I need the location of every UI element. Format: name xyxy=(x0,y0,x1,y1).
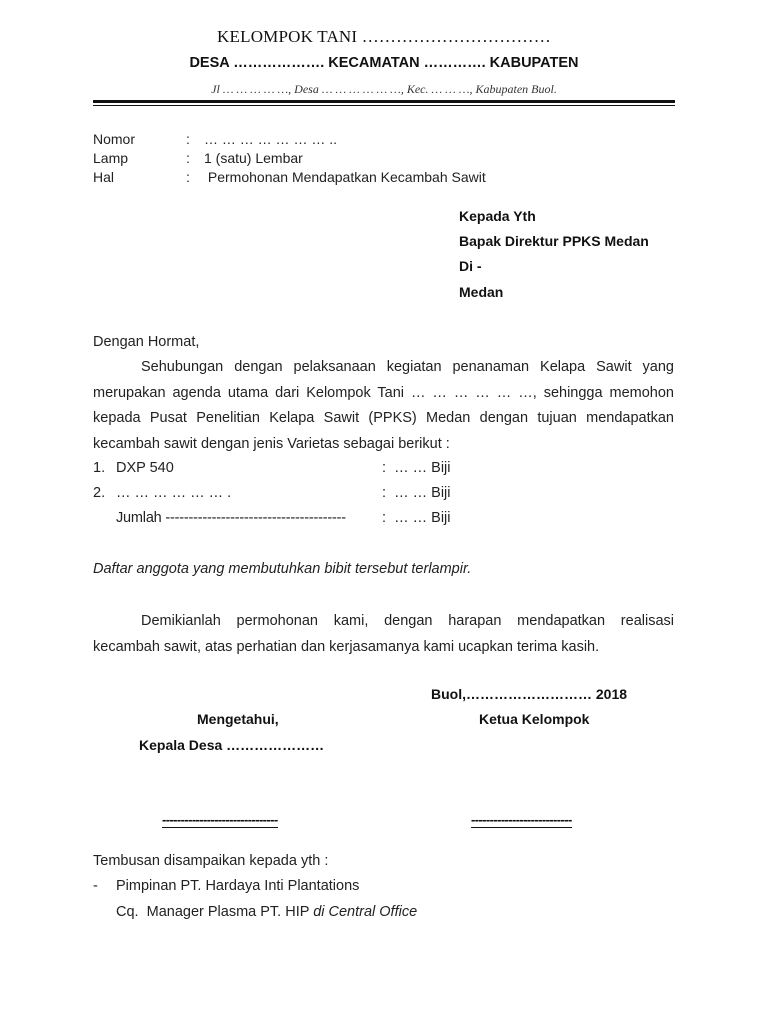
cc-line-2-italic: di Central Office xyxy=(313,904,417,920)
recipient-line-1: Kepada Yth xyxy=(459,208,536,224)
signature-line-right: --------------------------- xyxy=(471,813,572,828)
item-name: Jumlah ---------------------------------… xyxy=(116,510,346,526)
paragraph-line: Sehubungan dengan pelaksanaan kegiatan p… xyxy=(93,355,674,381)
item-colon: : xyxy=(382,460,386,476)
meta-value: Permohonan Mendapatkan Kecambah Sawit xyxy=(204,169,486,185)
letterhead-title: KELOMPOK TANI …………………………… xyxy=(0,27,768,47)
meta-colon: : xyxy=(186,150,204,166)
item-qty-2: : … … Biji xyxy=(382,485,451,501)
attachment-note: Daftar anggota yang membutuhkan bibit te… xyxy=(93,561,471,577)
meta-value: … … … … … … … .. xyxy=(204,131,337,147)
letterhead-subtitle: DESA ………………. KECAMATAN …………. KABUPATEN xyxy=(0,55,768,71)
paragraph-line: merupakan agenda utama dari Kelompok Tan… xyxy=(93,381,674,407)
cc-line-2-prefix: Cq. Manager Plasma PT. HIP xyxy=(116,904,313,920)
item-number: 1. xyxy=(93,460,116,476)
meta-label: Hal xyxy=(93,169,186,185)
item-name: … … … … … … . xyxy=(116,485,231,501)
recipient-line-2: Bapak Direktur PPKS Medan xyxy=(459,233,649,249)
letterhead-divider-thin xyxy=(93,105,675,106)
cc-line-2: Cq. Manager Plasma PT. HIP di Central Of… xyxy=(116,904,417,920)
cc-line-1: Pimpinan PT. Hardaya Inti Plantations xyxy=(116,878,359,894)
meta-colon: : xyxy=(186,169,204,185)
letterhead-divider-thick xyxy=(93,100,675,103)
meta-value: 1 (satu) Lembar xyxy=(204,150,303,166)
item-total-row: Jumlah ---------------------------------… xyxy=(116,510,346,526)
item-name: DXP 540 xyxy=(116,460,174,476)
paragraph-line: kecambah sawit dengan jenis Varietas seb… xyxy=(93,432,674,458)
item-colon: : xyxy=(382,485,386,501)
item-qty-total: : … … Biji xyxy=(382,510,451,526)
signature-line-left: ------------------------------- xyxy=(162,813,278,828)
signature-left-title: Mengetahui, xyxy=(197,711,279,727)
recipient-line-3: Di - xyxy=(459,258,482,274)
meta-hal: Hal: Permohonan Mendapatkan Kecambah Saw… xyxy=(93,169,486,185)
item-qty: … … Biji xyxy=(394,485,450,501)
item-number: 2. xyxy=(93,485,116,501)
item-qty: … … Biji xyxy=(394,510,450,526)
meta-label: Nomor xyxy=(93,131,186,147)
cc-bullet: - xyxy=(93,878,98,894)
recipient-line-4: Medan xyxy=(459,284,503,300)
item-colon: : xyxy=(382,510,386,526)
meta-nomor: Nomor:… … … … … … … .. xyxy=(93,131,337,147)
paragraph-line: kepada Pusat Penelitian Kelapa Sawit (PP… xyxy=(93,406,674,432)
meta-lamp: Lamp:1 (satu) Lembar xyxy=(93,150,303,166)
place-date: Buol,……………………… 2018 xyxy=(431,686,627,702)
signature-right-role: Ketua Kelompok xyxy=(479,711,589,727)
meta-label: Lamp xyxy=(93,150,186,166)
item-qty-1: : … … Biji xyxy=(382,460,451,476)
paragraph-line: kecambah sawit, atas perhatian dan kerja… xyxy=(93,635,674,661)
salutation: Dengan Hormat, xyxy=(93,334,199,350)
paragraph-2: Demikianlah permohonan kami, dengan hara… xyxy=(93,609,674,660)
meta-colon: : xyxy=(186,131,204,147)
item-row-1: 1.DXP 540 xyxy=(93,460,174,476)
item-qty: … … Biji xyxy=(394,460,450,476)
signature-left-role: Kepala Desa ………………… xyxy=(139,737,324,753)
cc-heading: Tembusan disampaikan kepada yth : xyxy=(93,853,328,869)
item-row-2: 2.… … … … … … . xyxy=(93,485,231,501)
paragraph-1: Sehubungan dengan pelaksanaan kegiatan p… xyxy=(93,355,674,457)
paragraph-line: Demikianlah permohonan kami, dengan hara… xyxy=(93,609,674,635)
letterhead-address: Jl … … … … …, Desa … … … … … …, Kec. … …… xyxy=(0,82,768,97)
